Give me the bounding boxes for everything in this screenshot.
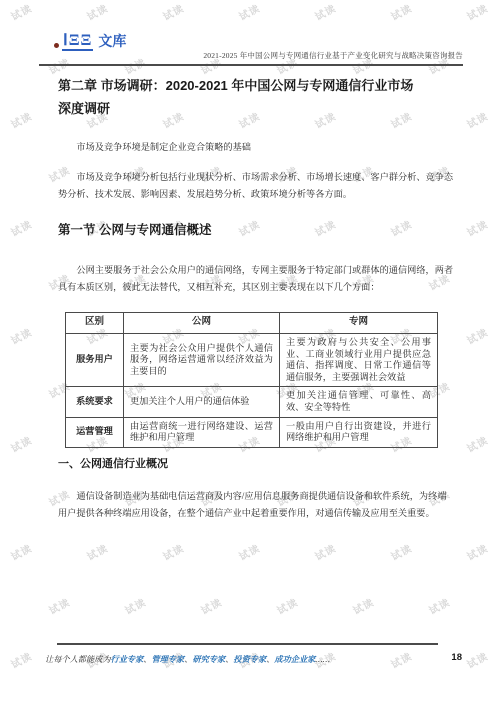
document-page: 试读试读试读试读试读试读试读试读试读试读试读试读试读试读试读试读试读试读试读试读… bbox=[0, 0, 499, 706]
cell-private: 更加关注通信管理、可靠性、高效、安全等特性 bbox=[280, 387, 438, 417]
trial-watermark: 试读 bbox=[464, 216, 490, 240]
trial-watermark: 试读 bbox=[312, 216, 338, 240]
cell-public: 由运营商统一进行网络建设、运营维护和用户管理 bbox=[124, 417, 280, 447]
row-label: 系统要求 bbox=[66, 387, 124, 417]
trial-watermark: 试读 bbox=[84, 0, 110, 23]
trial-watermark: 试读 bbox=[8, 432, 34, 456]
trial-watermark: 试读 bbox=[312, 540, 338, 564]
trial-watermark: 试读 bbox=[8, 216, 34, 240]
slogan-term: 行业专家 bbox=[111, 655, 144, 664]
cell-public: 主要为社会公众用户提供个人通信服务，网络运营通常以经济效益为主要目的 bbox=[124, 334, 280, 387]
paragraph-network-intro: 公网主要服务于社会公众用户的通信网络，专网主要服务于特定部门或群体的通信网络，两… bbox=[58, 262, 464, 296]
trial-watermark: 试读 bbox=[388, 540, 414, 564]
row-label: 服务用户 bbox=[66, 334, 124, 387]
trial-watermark: 试读 bbox=[388, 648, 414, 672]
wenku-logo-icon: ⅠΞΞ bbox=[62, 33, 93, 51]
trial-watermark: 试读 bbox=[464, 108, 490, 132]
trial-watermark: 试读 bbox=[350, 594, 376, 618]
table-header-category: 区别 bbox=[66, 313, 124, 334]
page-number: 18 bbox=[451, 652, 462, 663]
section-title: 第一节 公网与专网通信概述 bbox=[58, 220, 211, 238]
header-rule bbox=[39, 64, 463, 66]
trial-watermark: 试读 bbox=[426, 594, 452, 618]
slogan-suffix: …… bbox=[315, 655, 330, 664]
trial-watermark: 试读 bbox=[160, 0, 186, 23]
slogan-term: 管理专家 bbox=[151, 655, 184, 664]
trial-watermark: 试读 bbox=[8, 324, 34, 348]
trial-watermark: 试读 bbox=[464, 540, 490, 564]
table-row: 系统要求 更加关注个人用户的通信体验 更加关注通信管理、可靠性、高效、安全等特性 bbox=[66, 387, 438, 417]
trial-watermark: 试读 bbox=[464, 324, 490, 348]
trial-watermark: 试读 bbox=[464, 0, 490, 23]
trial-watermark: 试读 bbox=[84, 540, 110, 564]
trial-watermark: 试读 bbox=[236, 216, 262, 240]
slogan-term: 研究专家 bbox=[192, 655, 225, 664]
trial-watermark: 试读 bbox=[198, 594, 224, 618]
cell-public: 更加关注个人用户的通信体验 bbox=[124, 387, 280, 417]
trial-watermark: 试读 bbox=[388, 216, 414, 240]
trial-watermark: 试读 bbox=[8, 108, 34, 132]
trial-watermark: 试读 bbox=[464, 648, 490, 672]
report-title: 2021-2025 年中国公网与专网通信行业基于产业变化研究与战略决策咨询报告 bbox=[203, 50, 463, 61]
paragraph-equipment-industry: 通信设备制造业为基础电信运营商及内容/应用信息服务商提供通信设备和软件系统，为终… bbox=[58, 488, 464, 522]
table-row: 服务用户 主要为社会公众用户提供个人通信服务，网络运营通常以经济效益为主要目的 … bbox=[66, 334, 438, 387]
trial-watermark: 试读 bbox=[236, 540, 262, 564]
logo-dot-icon bbox=[54, 43, 59, 48]
trial-watermark: 试读 bbox=[160, 540, 186, 564]
footer-slogan: 让每个人都能成为行业专家、管理专家、研究专家、投资专家、成功企业家…… bbox=[45, 654, 330, 665]
trial-watermark: 试读 bbox=[464, 432, 490, 456]
trial-watermark: 试读 bbox=[8, 0, 34, 23]
table-row: 运营管理 由运营商统一进行网络建设、运营维护和用户管理 一般由用户自行出资建设，… bbox=[66, 417, 438, 447]
table-header-row: 区别 公网 专网 bbox=[66, 313, 438, 334]
trial-watermark: 试读 bbox=[236, 0, 262, 23]
trial-watermark: 试读 bbox=[274, 594, 300, 618]
row-label: 运营管理 bbox=[66, 417, 124, 447]
footer-slogan-prefix: 让每个人都能成为 bbox=[45, 655, 111, 664]
table-header-private: 专网 bbox=[280, 313, 438, 334]
trial-watermark: 试读 bbox=[122, 594, 148, 618]
wenku-logo-text: 文库 bbox=[98, 35, 126, 51]
public-private-comparison-table: 区别 公网 专网 服务用户 主要为社会公众用户提供个人通信服务，网络运营通常以经… bbox=[65, 312, 438, 448]
trial-watermark: 试读 bbox=[46, 594, 72, 618]
table-header-public: 公网 bbox=[124, 313, 280, 334]
trial-watermark: 试读 bbox=[8, 540, 34, 564]
cell-private: 主要为政府与公共安全、公用事业、工商业领域行业用户提供应急通信、指挥调度、日常工… bbox=[280, 334, 438, 387]
paragraph-basis: 市场及竞争环境是制定企业竞合策略的基础 bbox=[58, 139, 464, 156]
wenku-logo: ⅠΞΞ 文库 bbox=[54, 33, 126, 51]
subsection-title: 一、公网通信行业概况 bbox=[58, 455, 168, 471]
slogan-term: 投资专家 bbox=[233, 655, 266, 664]
trial-watermark: 试读 bbox=[8, 648, 34, 672]
trial-watermark: 试读 bbox=[312, 0, 338, 23]
footer-rule bbox=[57, 643, 438, 645]
paragraph-analysis-scope: 市场及竞争环境分析包括行业现状分析、市场需求分析、市场增长速度、客户群分析、竞争… bbox=[58, 169, 464, 203]
cell-private: 一般由用户自行出资建设，并进行网络维护和用户管理 bbox=[280, 417, 438, 447]
footer-slogan-terms: 行业专家、管理专家、研究专家、投资专家、成功企业家…… bbox=[111, 655, 330, 664]
slogan-term: 成功企业家 bbox=[274, 655, 315, 664]
chapter-title: 第二章 市场调研：2020-2021 年中国公网与专网通信行业市场 深度调研 bbox=[58, 74, 458, 120]
trial-watermark: 试读 bbox=[388, 0, 414, 23]
